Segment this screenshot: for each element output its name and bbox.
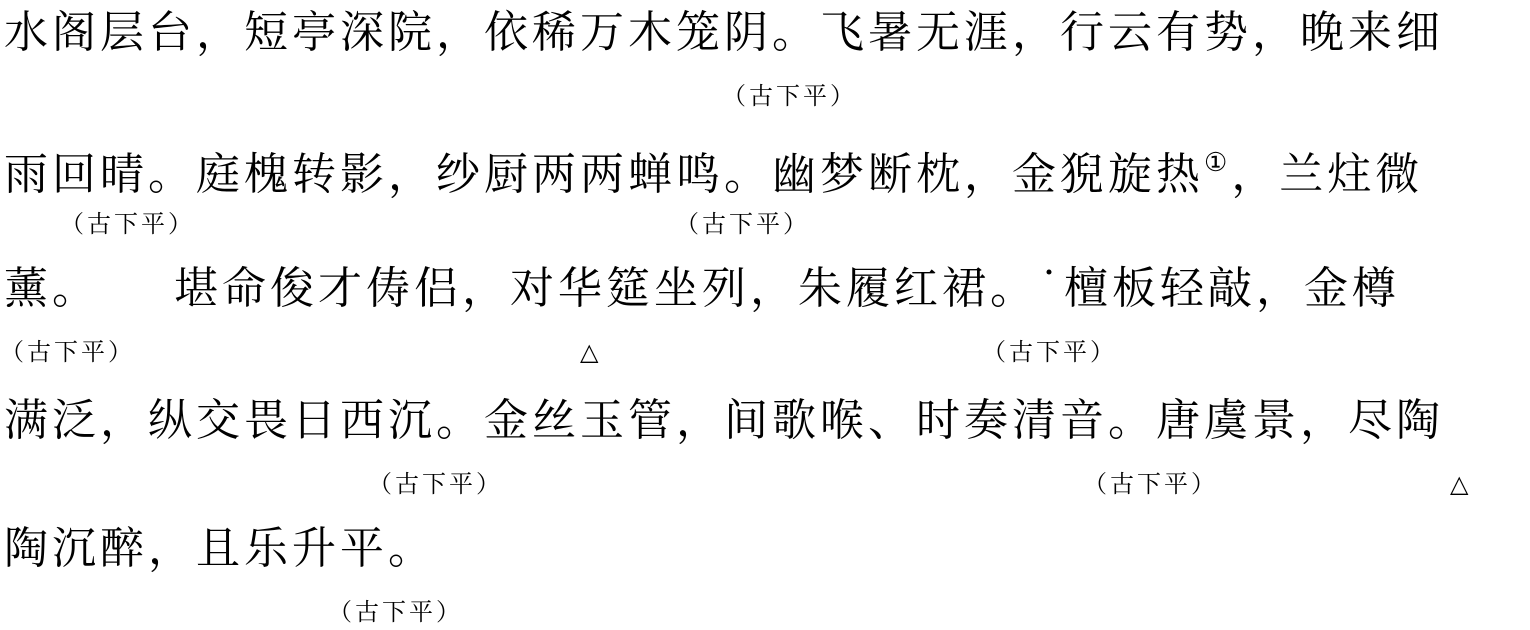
rhyme-note: （古下平）	[0, 338, 135, 366]
rhyme-note: （古下平）	[675, 210, 810, 238]
rhyme-note: （古下平）	[722, 82, 857, 110]
poem-line-1: 水阁层台，短亭深院，依稀万木笼阴。飞暑无涯，行云有势，晚来细	[4, 8, 1444, 58]
poem-line-2-a: 雨回晴。庭槐转影，纱厨两两蝉鸣。幽梦断枕，金猊旋热	[4, 149, 1204, 200]
triangle-mark: △	[580, 338, 598, 366]
rhyme-note: （古下平）	[328, 598, 463, 626]
poem-line-3: 薰。 堪命俊才俦侣，对华筵坐列，朱履红裙。˙檀板轻敲，金樽	[4, 264, 1400, 314]
rhyme-note: （古下平）	[60, 210, 195, 238]
triangle-mark: △	[1450, 470, 1468, 498]
poem-line-5: 陶沉醉，且乐升平。	[4, 524, 436, 574]
rhyme-note: （古下平）	[1083, 470, 1218, 498]
poem-line-2: 雨回晴。庭槐转影，纱厨两两蝉鸣。幽梦断枕，金猊旋热①，兰炷微	[4, 138, 1423, 200]
poem-line-4: 满泛，纵交畏日西沉。金丝玉管，间歌喉、时奏清音。唐虞景，尽陶	[4, 396, 1444, 446]
footnote-marker: ①	[1204, 148, 1231, 178]
rhyme-note: （古下平）	[368, 470, 503, 498]
rhyme-note: （古下平）	[982, 338, 1117, 366]
poem-line-2-b: ，兰炷微	[1231, 149, 1423, 200]
